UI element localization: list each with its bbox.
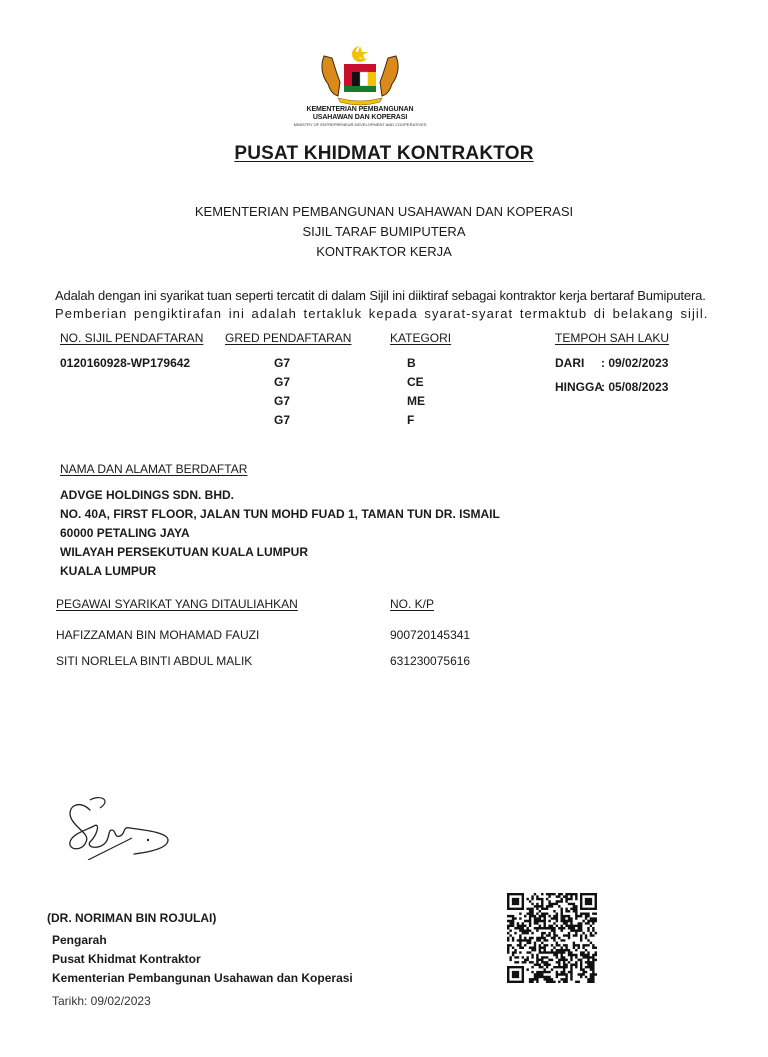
subtitle-certificate: SIJIL TARAF BUMIPUTERA [0,224,768,239]
category-value: B [407,356,416,370]
company-name: ADVGE HOLDINGS SDN. BHD. [60,488,234,502]
intro-line-2: Pemberian pengiktirafan ini adalah terta… [55,306,725,321]
intro-line-1: Adalah dengan ini syarikat tuan seperti … [55,288,725,303]
header-grade: GRED PENDAFTARAN [225,331,351,345]
page-title: PUSAT KHIDMAT KONTRAKTOR [0,143,768,165]
grade-value: G7 [274,413,290,427]
signatory-ministry: Kementerian Pembangunan Usahawan dan Kop… [52,971,353,985]
grade-value: G7 [274,356,290,370]
officer-ic: 631230075616 [390,654,470,668]
qr-code-icon [507,893,597,983]
officers-header-ic: NO. K/P [390,597,434,611]
address-line: 60000 PETALING JAYA [60,526,190,540]
address-line: NO. 40A, FIRST FLOOR, JALAN TUN MOHD FUA… [60,507,500,521]
category-value: F [407,413,414,427]
officers-header-name: PEGAWAI SYARIKAT YANG DITAULIAHKAN [56,597,298,611]
grade-value: G7 [274,375,290,389]
signatory-name: (DR. NORIMAN BIN ROJULAI) [47,911,216,925]
signatory-department: Pusat Khidmat Kontraktor [52,952,201,966]
validity-to-label: HINGGA [555,380,603,394]
ministry-name-line1: KEMENTERIAN PEMBANGUNAN [280,106,440,114]
header-validity: TEMPOH SAH LAKU [555,331,669,345]
subtitle-contractor-type: KONTRAKTOR KERJA [0,244,768,259]
address-line: KUALA LUMPUR [60,564,156,578]
grade-value: G7 [274,394,290,408]
ministry-name-english: MINISTRY OF ENTREPRENEUR DEVELOPMENT AND… [280,122,440,128]
ministry-name-line2: USAHAWAN DAN KOPERASI [280,114,440,122]
officer-ic: 900720145341 [390,628,470,642]
header-category: KATEGORI [390,331,451,345]
validity-from-date: : 09/02/2023 [601,356,668,370]
validity-from-label: DARI [555,356,584,370]
officer-name: HAFIZZAMAN BIN MOHAMAD FAUZI [56,628,259,642]
ministry-logo: KEMENTERIAN PEMBANGUNAN USAHAWAN DAN KOP… [280,42,440,128]
signatory-position: Pengarah [52,933,107,947]
cert-number: 0120160928-WP179642 [60,356,190,370]
category-value: ME [407,394,425,408]
address-header: NAMA DAN ALAMAT BERDAFTAR [60,462,247,476]
category-value: CE [407,375,424,389]
validity-to-date: : 05/08/2023 [601,380,668,394]
signature-icon [60,790,180,860]
address-line: WILAYAH PERSEKUTUAN KUALA LUMPUR [60,545,308,559]
officer-name: SITI NORLELA BINTI ABDUL MALIK [56,654,252,668]
header-cert-no: NO. SIJIL PENDAFTARAN [60,331,203,345]
issue-date: Tarikh: 09/02/2023 [52,994,151,1008]
coat-of-arms-icon [310,42,410,106]
subtitle-ministry: KEMENTERIAN PEMBANGUNAN USAHAWAN DAN KOP… [0,204,768,219]
